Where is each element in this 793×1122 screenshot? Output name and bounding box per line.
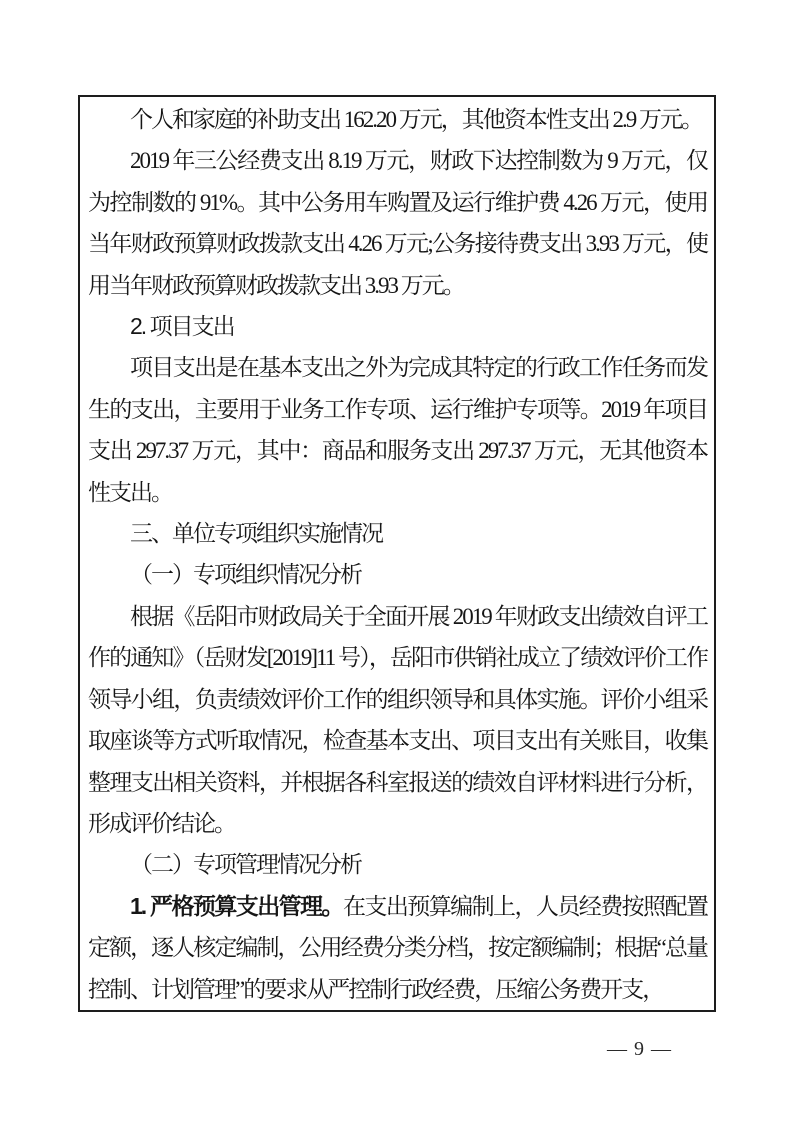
heading-section-three: 三、单位专项组织实施情况 [88, 513, 707, 554]
budget-management-lead: 1. 严格预算支出管理。 [130, 893, 343, 919]
text-border-frame: 个人和家庭的补助支出 162.20 万元，其他资本性支出 2.9 万元。 201… [78, 95, 716, 1012]
paragraph-three-public-funds: 2019 年三公经费支出 8.19 万元，财政下达控制数为 9 万元，仅为控制数… [88, 140, 707, 306]
paragraph-carryover: 个人和家庭的补助支出 162.20 万元，其他资本性支出 2.9 万元。 [88, 99, 707, 140]
document-page: 个人和家庭的补助支出 162.20 万元，其他资本性支出 2.9 万元。 201… [0, 0, 793, 1122]
heading-project-expenditure: 2. 项目支出 [88, 306, 707, 347]
subheading-mgmt-analysis: （二）专项管理情况分析 [88, 844, 707, 885]
paragraph-project-expenditure: 项目支出是在基本支出之外为完成其特定的行政工作任务而发生的支出，主要用于业务工作… [88, 347, 707, 513]
paragraph-org-analysis: 根据《岳阳市财政局关于全面开展 2019 年财政支出绩效自评工作的通知》（岳财发… [88, 596, 707, 844]
paragraph-budget-management: 1. 严格预算支出管理。在支出预算编制上，人员经费按照配置定额，逐人核定编制，公… [88, 886, 707, 1010]
page-number: — 9 — [607, 1038, 672, 1061]
subheading-org-analysis: （一）专项组织情况分析 [88, 554, 707, 595]
